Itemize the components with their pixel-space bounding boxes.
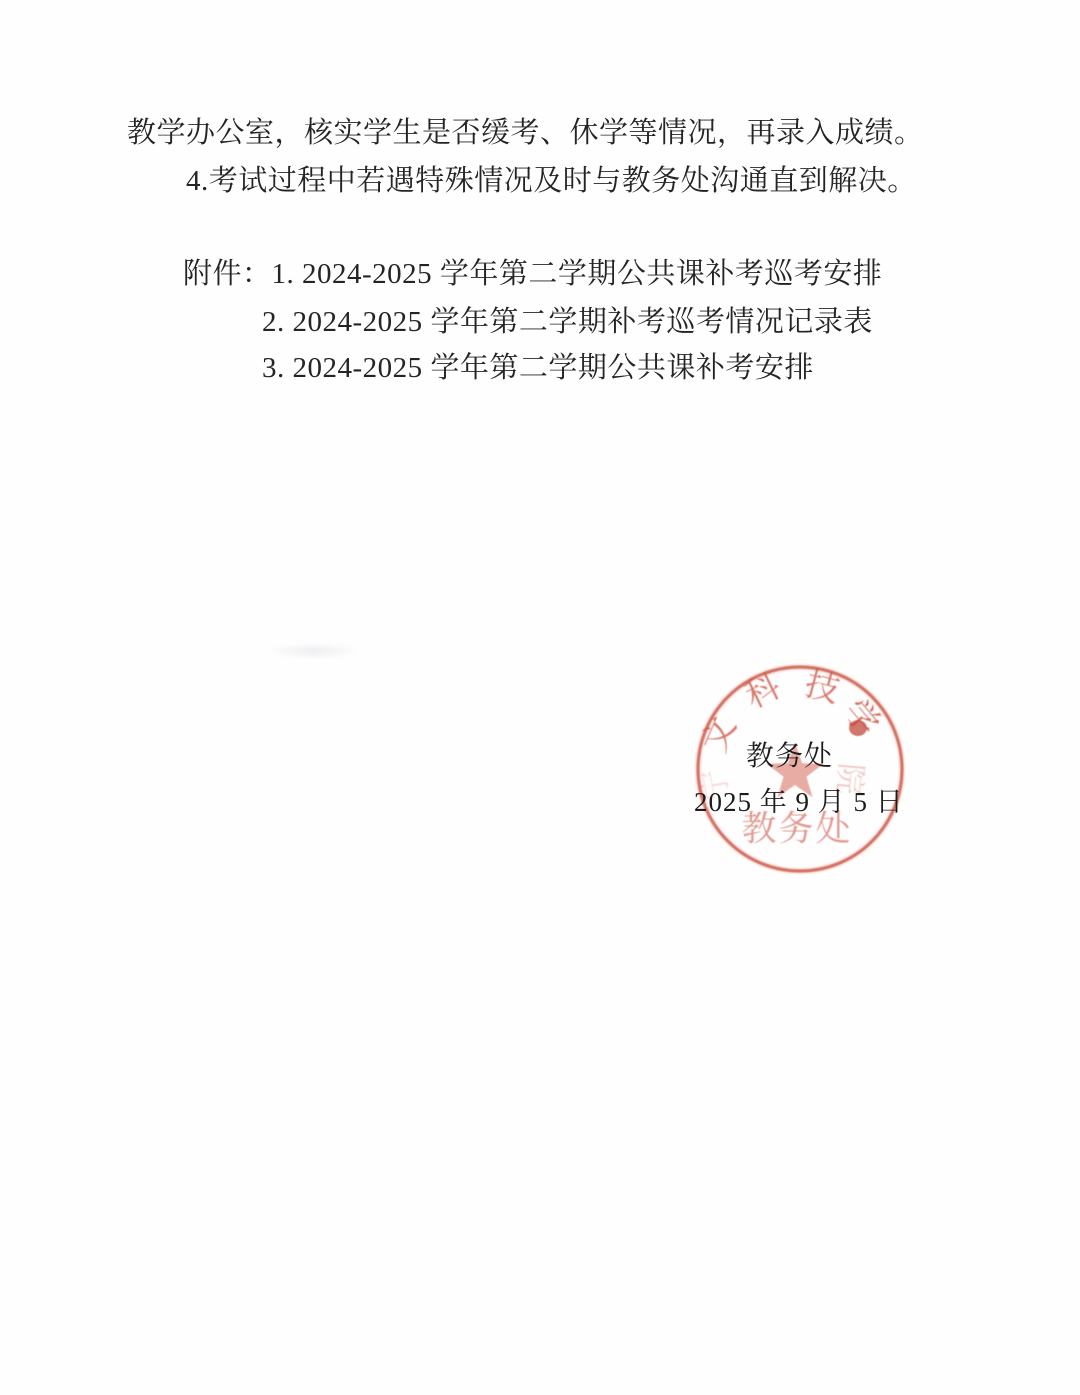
scanned-document-page: 教学办公室，核实学生是否缓考、休学等情况，再录入成绩。 4.考试过程中若遇特殊情… xyxy=(0,0,1080,1395)
attachments-line-1: 附件：1. 2024-2025 学年第二学期公共课补考巡考安排 xyxy=(183,251,882,292)
attachment-item-1: 1. 2024-2025 学年第二学期公共课补考巡考安排 xyxy=(272,258,883,290)
attachment-item-2: 2. 2024-2025 学年第二学期补考巡考情况记录表 xyxy=(262,299,873,340)
attachment-item-3: 3. 2024-2025 学年第二学期公共课补考安排 xyxy=(262,345,814,386)
seal-arc-char-2: 科 xyxy=(740,668,787,716)
seal-arc-char-1: 文 xyxy=(696,712,743,758)
body-text-line-2: 4.考试过程中若遇特殊情况及时与教务处沟通直到解决。 xyxy=(186,158,917,199)
seal-ink-blob xyxy=(849,720,867,736)
signoff-date: 2025 年 9 月 5 日 xyxy=(694,780,904,819)
signoff-department: 教务处 xyxy=(746,734,833,774)
attachments-label: 附件： xyxy=(183,258,272,290)
body-text-line-1: 教学办公室，核实学生是否缓考、休学等情况，再录入成绩。 xyxy=(127,110,924,151)
scan-smudge xyxy=(266,643,361,659)
